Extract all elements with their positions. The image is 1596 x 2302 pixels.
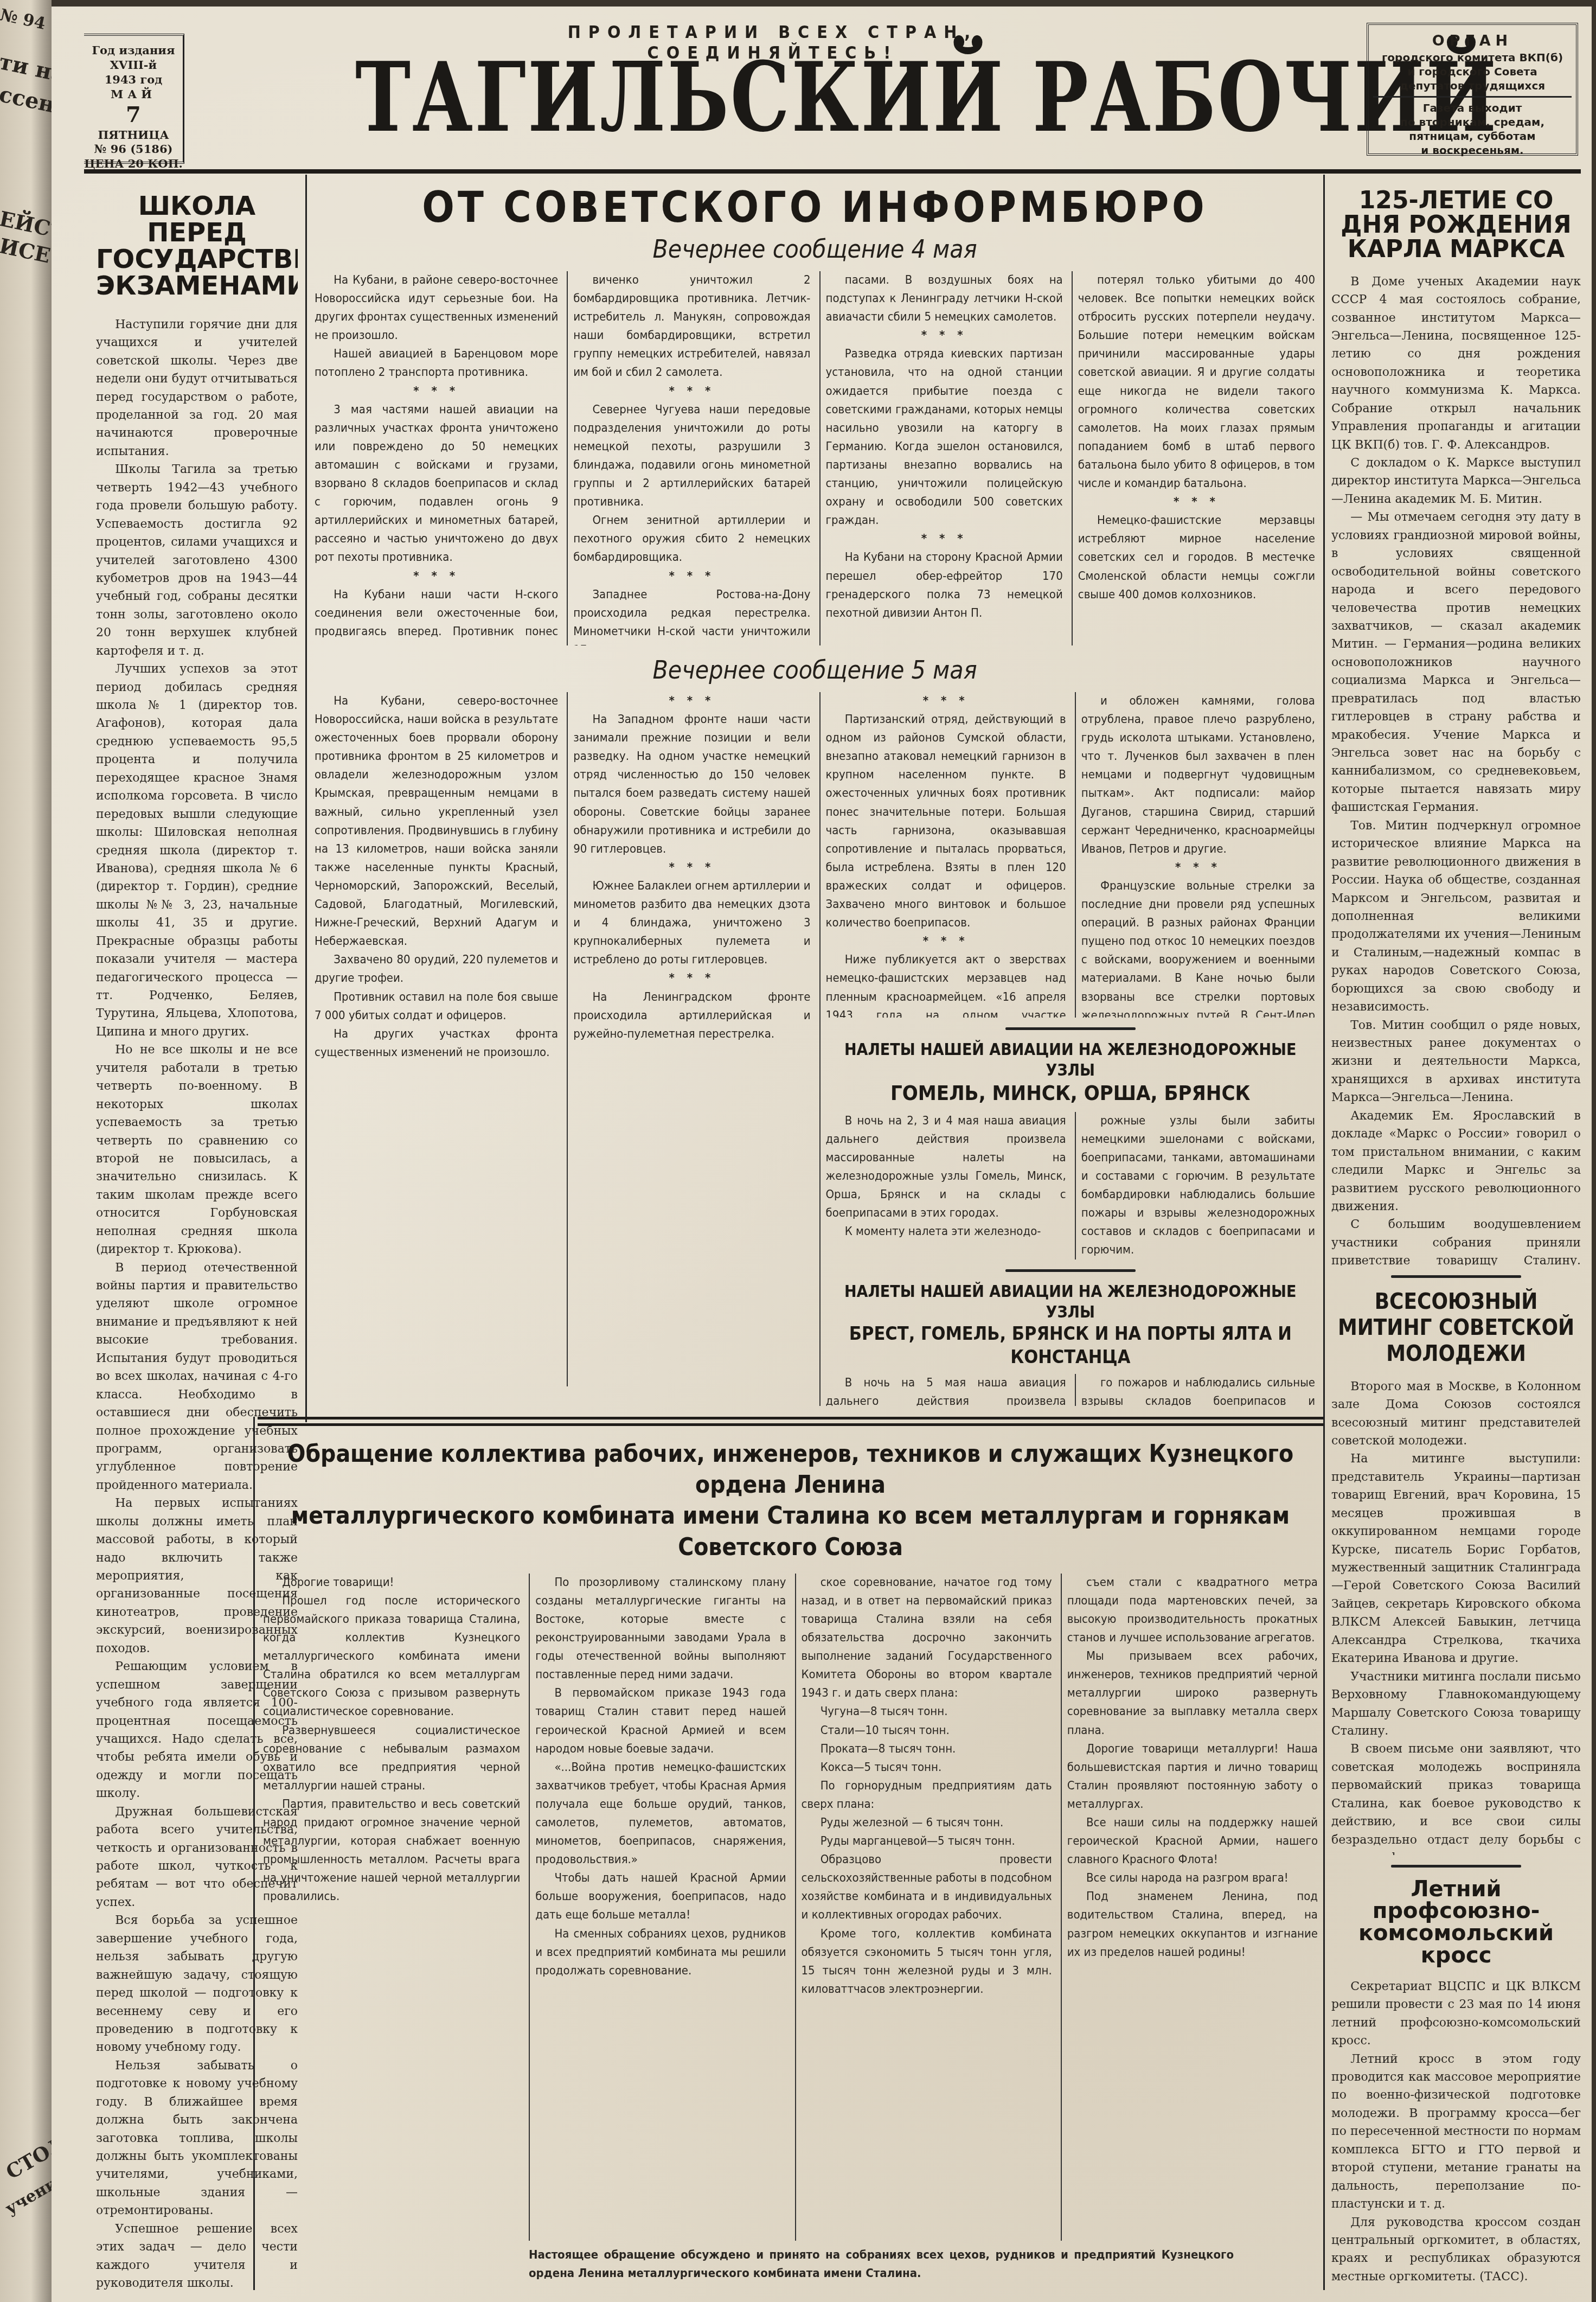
paragraph: С докладом о К. Марксе выступил директор… — [1331, 454, 1581, 508]
paragraph: На Западном фронте наши части занимали п… — [573, 711, 810, 859]
section-separator: * * * — [573, 382, 810, 401]
report-column: На Кубани, северо-восточнее Новороссийск… — [315, 692, 558, 1386]
article-headline: ВСЕСОЮЗНЫЙ МИТИНГ СОВЕТСКОЙ МОЛОДЕЖИ — [1331, 1289, 1581, 1367]
section-separator: * * * — [826, 692, 1066, 711]
section-rule — [258, 1423, 1323, 1426]
informburo-section: ОТ СОВЕТСКОГО ИНФОРМБЮРО Вечернее сообще… — [315, 180, 1315, 1406]
column-rule — [253, 1417, 255, 2290]
article-headline: Летний профсоюзно-комсомольский кросс — [1331, 1878, 1581, 1967]
paragraph: Нашей авиацией в Баренцовом море потопле… — [315, 345, 558, 382]
article-paragraph: Но не все школы и не все учителя работал… — [96, 1041, 298, 1258]
section-separator: * * * — [1078, 493, 1315, 511]
marx-article: В Доме ученых Академии наук СССР 4 мая с… — [1331, 273, 1581, 1265]
paragraph: виченко уничтожил 2 бомбардировщика прот… — [573, 271, 810, 382]
paragraph: Секретариат ВЦСПС и ЦК ВЛКСМ решили пров… — [1331, 1978, 1581, 2050]
article-paragraph: Школы Тагила за третью четверть 1942—43 … — [96, 461, 298, 660]
issue-number: № 96 (5186) — [84, 142, 183, 157]
article-headline: БРЕСТ, ГОМЕЛЬ, БРЯНСК И НА ПОРТЫ ЯЛТА И … — [826, 1322, 1316, 1369]
paragraph: Дорогие товарищи металлурги! Наша больше… — [1067, 1740, 1318, 1814]
article-paragraph: Лучших успехов за этот период добилась с… — [96, 660, 298, 1041]
report-subtitle: Вечернее сообщение 5 мая — [315, 655, 1315, 685]
paragraph: Ниже публикуется акт о зверствах немецко… — [826, 951, 1066, 1018]
paragraph: Развернувшееся социалистическое соревнов… — [263, 1722, 520, 1795]
youth-meeting-article: Второго мая в Москве, в Колонном зале До… — [1331, 1378, 1581, 1855]
column-rule — [1323, 175, 1325, 2290]
appeal-column: ское соревнование, начатое год тому наза… — [795, 1574, 1052, 2241]
article-column: рожные узлы были забиты немецкими эшелон… — [1075, 1112, 1315, 1260]
report-column: потерял только убитыми до 400 человек. В… — [1072, 271, 1315, 645]
paragraph: Стали—10 тысяч тонн. — [802, 1722, 1052, 1740]
paragraph: На Ленинградском фронте происходила арти… — [573, 988, 810, 1044]
divider — [1391, 1865, 1521, 1868]
section-separator: * * * — [315, 567, 558, 586]
article-headline: 125-ЛЕТИЕ СО ДНЯ РОЖДЕНИЯ КАРЛА МАРКСА — [1331, 189, 1581, 262]
report-column: пасами. В воздушных боях на подступах к … — [819, 271, 1063, 645]
report-column: виченко уничтожил 2 бомбардировщика прот… — [567, 271, 810, 645]
organ-line: городского комитета ВКП(б) — [1369, 50, 1576, 65]
paragraph: Южнее Балаклеи огнем артиллерии и миноме… — [573, 877, 810, 969]
schedule-line: и воскресеньям. — [1369, 143, 1576, 157]
article-headline: Обращение коллектива рабочих, инженеров,… — [263, 1438, 1318, 1500]
masthead-rule — [84, 169, 1581, 174]
paragraph: В Доме ученых Академии наук СССР 4 мая с… — [1331, 273, 1581, 454]
article-headline: НАЛЕТЫ НАШЕЙ АВИАЦИИ НА ЖЕЛЕЗНОДОРОЖНЫЕ … — [826, 1040, 1316, 1080]
article-column: го пожаров и наблюдались сильные взрывы … — [1075, 1374, 1315, 1406]
paragraph: Академик Ем. Ярославский в докладе «Марк… — [1331, 1107, 1581, 1216]
paragraph: Участники митинга послали письмо Верховн… — [1331, 1668, 1581, 1741]
appeal-footer-note: Настоящее обращение обсуждено и принято … — [529, 2246, 1234, 2283]
paragraph: Захвачено 80 орудий, 220 пулеметов и дру… — [315, 951, 558, 988]
report-column: и обложен камнями, голова отрублена, пра… — [1075, 692, 1315, 1018]
paragraph: На других участках фронта существенных и… — [315, 1025, 558, 1062]
paragraph: Мы призываем всех рабочих, инженеров, те… — [1067, 1647, 1318, 1740]
newspaper-page: Год издания XVIII-й 1943 год МАЙ 7 ПЯТНИ… — [52, 7, 1592, 2302]
newspaper-title: ТАГИЛЬСКИЙ РАБОЧИЙ — [355, 50, 1201, 145]
paragraph: На митинге выступили: представитель Укра… — [1331, 1450, 1581, 1667]
cross-article: Секретариат ВЦСПС и ЦК ВЛКСМ решили пров… — [1331, 1978, 1581, 2286]
paragraph: 3 мая частями нашей авиации на различных… — [315, 401, 558, 567]
paragraph: На Кубани на сторону Красной Армии переш… — [826, 548, 1063, 622]
paragraph: Руды марганцевой—5 тысяч тонн. — [802, 1832, 1052, 1851]
paragraph: рожные узлы были забиты немецкими эшелон… — [1081, 1112, 1315, 1260]
paragraph: Все наши силы на поддержку нашей героиче… — [1067, 1814, 1318, 1869]
issue-weekday: ПЯТНИЦА — [84, 128, 183, 143]
paragraph: пасами. В воздушных боях на подступах к … — [826, 271, 1063, 327]
paragraph: — Мы отмечаем сегодня эту дату в условия… — [1331, 508, 1581, 816]
section-headline: ОТ СОВЕТСКОГО ИНФОРМБЮРО — [315, 183, 1315, 232]
paragraph: Огнем зенитной артиллерии и пехотного ор… — [573, 511, 810, 567]
paragraph: По горнорудным предприятиям дать сверх п… — [802, 1777, 1052, 1814]
report-subtitle: Вечернее сообщение 4 мая — [315, 234, 1315, 264]
paragraph: По прозорливому сталинскому плану создан… — [535, 1574, 786, 1685]
paragraph: Под знаменем Ленина, под водительством С… — [1067, 1888, 1318, 1961]
article-column: В ночь на 5 мая наша авиация дальнего де… — [826, 1374, 1066, 1406]
paragraph: В первомайском приказе 1943 года товарищ… — [535, 1684, 786, 1758]
prev-page-fragment: № 94 — [0, 5, 47, 34]
paragraph: Чугуна—8 тысяч тонн. — [802, 1703, 1052, 1721]
column-rule — [305, 175, 307, 1422]
section-separator: * * * — [1081, 859, 1315, 877]
year-edition: Год издания XVIII-й — [84, 43, 183, 73]
appeal-article: Обращение коллектива рабочих, инженеров,… — [263, 1438, 1318, 2290]
paragraph: Образцово провести сельскохозяйственные … — [802, 1851, 1052, 1924]
appeal-column: Дорогие товарищи!Прошел год после истори… — [263, 1574, 520, 2241]
paragraph: потерял только убитыми до 400 человек. В… — [1078, 271, 1315, 493]
paragraph: Руды железной — 6 тысяч тонн. — [802, 1814, 1052, 1832]
paragraph: В своем письме они заявляют, что советск… — [1331, 1740, 1581, 1855]
paragraph: го пожаров и наблюдались сильные взрывы … — [1081, 1374, 1315, 1406]
section-separator: * * * — [573, 859, 810, 877]
paragraph: С большим воодушевлением участники собра… — [1331, 1216, 1581, 1265]
right-column: 125-ЛЕТИЕ СО ДНЯ РОЖДЕНИЯ КАРЛА МАРКСА В… — [1331, 180, 1581, 2290]
raids-article-1: НАЛЕТЫ НАШЕЙ АВИАЦИИ НА ЖЕЛЕЗНОДОРОЖНЫЕ … — [826, 1040, 1316, 1259]
paragraph: Все силы народа на разгром врага! — [1067, 1869, 1318, 1888]
section-rule — [258, 1417, 1323, 1419]
paragraph: ское соревнование, начатое год тому наза… — [802, 1574, 1052, 1703]
paragraph: Партизанский отряд, действующий в одном … — [826, 711, 1066, 932]
paragraph: Противник оставил на поле боя свыше 7 00… — [315, 988, 558, 1025]
divider — [1005, 1027, 1136, 1030]
issue-date-box: Год издания XVIII-й 1943 год МАЙ 7 ПЯТНИ… — [84, 34, 184, 164]
paragraph: «...Война против немецко-фашистских захв… — [535, 1759, 786, 1870]
section-separator: * * * — [826, 327, 1063, 345]
paragraph: и обложен камнями, голова отрублена, пра… — [1081, 692, 1315, 859]
article-column: В ночь на 2, 3 и 4 мая наша авиация даль… — [826, 1112, 1066, 1260]
paragraph: В ночь на 5 мая наша авиация дальнего де… — [826, 1374, 1066, 1406]
paragraph: Тов. Митин подчеркнул огромное историчес… — [1331, 817, 1581, 1016]
paragraph: съем стали с квадратного метра площади п… — [1067, 1574, 1318, 1647]
appeal-column: съем стали с квадратного метра площади п… — [1061, 1574, 1318, 2241]
paragraph: Чтобы дать нашей Красной Армии больше во… — [535, 1869, 786, 1924]
paragraph: Западнее Ростова-на-Дону происходила ред… — [573, 586, 810, 645]
paragraph: К моменту налета эти железнодо- — [826, 1223, 1066, 1241]
schedule-line: по вторникам, средам, — [1369, 115, 1576, 129]
report-column: * * *Партизанский отряд, действующий в о… — [826, 692, 1066, 1018]
paragraph: На сменных собраниях цехов, рудников и в… — [535, 1925, 786, 1980]
report-column: На Кубани, в районе северо-восточнее Нов… — [315, 271, 558, 645]
paragraph: Французские вольные стрелки за последние… — [1081, 877, 1315, 1018]
organ-line: и городского Совета — [1369, 65, 1576, 79]
organ-line: депутатов трудящихся — [1369, 79, 1576, 93]
section-separator: * * * — [826, 530, 1063, 548]
paragraph: Разведка отряда киевских партизан устано… — [826, 345, 1063, 530]
article-paragraph: Наступили горячие дни для учащихся и учи… — [96, 316, 298, 461]
divider — [1005, 1269, 1136, 1272]
paragraph: Партия, правительство и весь советский н… — [263, 1795, 520, 1907]
paragraph: Дорогие товарищи! — [263, 1574, 520, 1592]
section-separator: * * * — [573, 969, 810, 988]
issue-year: 1943 год — [84, 73, 183, 87]
section-separator: * * * — [315, 382, 558, 401]
report-columns: На Кубани, в районе северо-восточнее Нов… — [315, 271, 1315, 645]
paragraph: На Кубани наши части Н-ского соединения … — [315, 586, 558, 645]
section-separator: * * * — [826, 932, 1066, 951]
paragraph: Проката—8 тысяч тонн. — [802, 1740, 1052, 1759]
divider — [1373, 96, 1572, 98]
paragraph: На Кубани, в районе северо-восточнее Нов… — [315, 271, 558, 345]
paragraph: Кокса—5 тысяч тонн. — [802, 1759, 1052, 1777]
publisher-box: ОРГАН городского комитета ВКП(б) и город… — [1367, 23, 1578, 156]
paragraph: Прошел год после исторического первомайс… — [263, 1592, 520, 1722]
divider — [1391, 1275, 1521, 1278]
issue-day: 7 — [84, 102, 183, 128]
article-headline: металлургического комбината имени Сталин… — [263, 1500, 1318, 1562]
paragraph: Для руководства кроссом создан центральн… — [1331, 2214, 1581, 2286]
report-column: * * *На Западном фронте наши части заним… — [567, 692, 810, 1386]
paragraph: Севернее Чугуева наши передовые подразде… — [573, 401, 810, 512]
appeal-columns: Дорогие товарищи!Прошел год после истори… — [263, 1574, 1318, 2241]
raids-article-2: НАЛЕТЫ НАШЕЙ АВИАЦИИ НА ЖЕЛЕЗНОДОРОЖНЫЕ … — [826, 1282, 1316, 1406]
prev-page-fragment: ссен — [0, 81, 52, 118]
appeal-column: По прозорливому сталинскому плану создан… — [529, 1574, 786, 2241]
section-separator: * * * — [573, 692, 810, 711]
previous-page-edge: № 94 ти нале ссен ЕЙСТВИЯ ИСЕ СТОЛЯР уче… — [0, 0, 52, 2302]
paragraph: Второго мая в Москве, в Колонном зале До… — [1331, 1378, 1581, 1450]
article-headline: ГОМЕЛЬ, МИНСК, ОРША, БРЯНСК — [826, 1080, 1316, 1107]
paragraph: В ночь на 2, 3 и 4 мая наша авиация даль… — [826, 1112, 1066, 1223]
section-separator: * * * — [573, 567, 810, 586]
issue-month: МАЙ — [84, 87, 183, 102]
paragraph: Кроме того, коллектив комбината обязуетс… — [802, 1925, 1052, 1999]
schedule-line: Газета выходит — [1369, 101, 1576, 115]
paragraph: На Кубани, северо-восточнее Новороссийск… — [315, 692, 558, 951]
prev-page-fragment: СТОЛЯР — [2, 2116, 52, 2184]
organ-label: ОРГАН — [1369, 31, 1576, 50]
paragraph: Летний кросс в этом году проводится как … — [1331, 2050, 1581, 2214]
schedule-line: пятницам, субботам — [1369, 129, 1576, 143]
article-headline: НАЛЕТЫ НАШЕЙ АВИАЦИИ НА ЖЕЛЕЗНОДОРОЖНЫЕ … — [826, 1282, 1316, 1322]
paragraph: Тов. Митин сообщил о ряде новых, неизвес… — [1331, 1016, 1581, 1107]
paragraph: Немецко-фашистские мерзавцы истребляют м… — [1078, 511, 1315, 604]
article-headline: ШКОЛА ПЕРЕД ГОСУДАРСТВЕННЫМИ ЭКЗАМЕНАМИ — [96, 193, 298, 299]
